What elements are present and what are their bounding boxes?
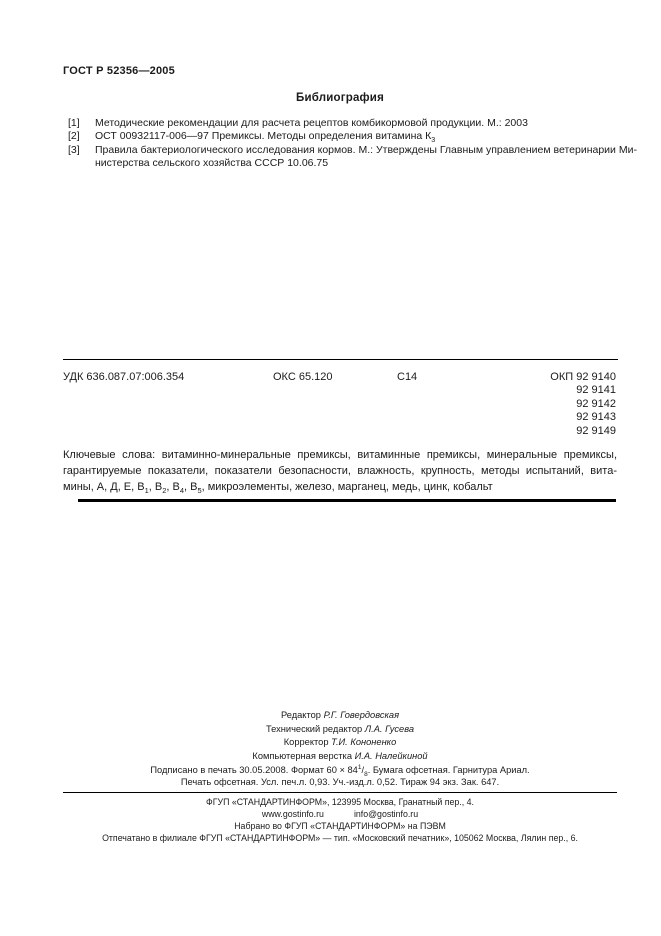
publisher-separator-rule (63, 792, 617, 793)
keywords-line-3: мины, А, Д, Е, В1, В2, В4, В5, микроэлем… (63, 480, 617, 496)
credit-role: Корректор (284, 737, 329, 747)
credit-line: Корректор Т.И. Кононенко (63, 736, 617, 750)
keywords-line-2: гарантируемые показатели, показатели без… (63, 464, 617, 480)
imprint-block: Подписано в печать 30.05.2008. Формат 60… (63, 764, 617, 789)
okp-code: 92 9141 (550, 384, 616, 397)
credit-line: Технический редактор Л.А. Гусева (63, 723, 617, 737)
credits-block: Редактор Р.Г. Говердовская Технический р… (63, 709, 617, 764)
category-code: С14 (397, 371, 417, 384)
publisher-printed: Отпечатано в филиале ФГУП «СТАНДАРТИНФОР… (63, 833, 617, 845)
ref-text: ОСТ 00932117-006—97 Премиксы. Методы опр… (95, 130, 618, 143)
okp-codes-block: ОКП 92 9140 92 9141 92 9142 92 9143 92 9… (550, 371, 616, 438)
credit-line: Редактор Р.Г. Говердовская (63, 709, 617, 723)
keywords-paragraph: Ключевые слова: витаминно-минеральные пр… (63, 448, 617, 495)
credit-line: Компьютерная верстка И.А. Налейкиной (63, 750, 617, 764)
bibliography-item-3: [3] Правила бактериологического исследов… (68, 144, 618, 171)
classification-separator-rule (63, 359, 618, 360)
bibliography-item-2: [2] ОСТ 00932117-006—97 Премиксы. Методы… (68, 130, 618, 143)
ref-number: [1] (68, 117, 95, 130)
publisher-contacts: www.gostinfo.ruinfo@gostinfo.ru (63, 809, 617, 821)
doc-number: ГОСТ Р 52356—2005 (63, 65, 175, 77)
bibliography-item-1: [1] Методические рекомендации для расчет… (68, 117, 618, 130)
ref-number: [3] (68, 144, 95, 171)
udk-code: УДК 636.087.07:006.354 (63, 371, 184, 384)
publisher-block: ФГУП «СТАНДАРТИНФОРМ», 123995 Москва, Гр… (63, 797, 617, 845)
publisher-typeset: Набрано во ФГУП «СТАНДАРТИНФОРМ» на ПЭВМ (63, 821, 617, 833)
ref-text: Методические рекомендации для расчета ре… (95, 117, 618, 130)
keywords-separator-rule (78, 499, 616, 502)
imprint-line-1: Подписано в печать 30.05.2008. Формат 60… (63, 764, 617, 776)
okp-code: 92 9140 (576, 371, 616, 383)
publisher-address: ФГУП «СТАНДАРТИНФОРМ», 123995 Москва, Гр… (63, 797, 617, 809)
imprint-line-2: Печать офсетная. Усл. печ.л. 0,93. Уч.-и… (63, 776, 617, 788)
document-page: ГОСТ Р 52356—2005 Библиография [1] Метод… (0, 0, 661, 936)
credit-name: И.А. Налейкиной (355, 751, 428, 761)
credit-name: Р.Г. Говердовская (324, 710, 399, 720)
keywords-line-1: Ключевые слова: витаминно-минеральные пр… (63, 448, 617, 464)
oks-code: ОКС 65.120 (273, 371, 333, 384)
okp-code: 92 9142 (550, 398, 616, 411)
ref-text: Правила бактериологического исследования… (95, 144, 637, 171)
credit-role: Компьютерная верстка (252, 751, 352, 761)
publisher-website: www.gostinfo.ru (262, 809, 324, 819)
section-title: Библиография (63, 92, 617, 104)
ref-number: [2] (68, 130, 95, 143)
bibliography-list: [1] Методические рекомендации для расчет… (68, 117, 618, 171)
credit-name: Т.И. Кононенко (331, 737, 396, 747)
okp-label: ОКП (550, 371, 573, 383)
okp-code: 92 9143 (550, 411, 616, 424)
okp-line-1: ОКП 92 9140 (550, 371, 616, 384)
publisher-email: info@gostinfo.ru (354, 809, 418, 819)
credit-name: Л.А. Гусева (365, 724, 414, 734)
credit-role: Редактор (281, 710, 321, 720)
credit-role: Технический редактор (266, 724, 362, 734)
okp-code: 92 9149 (550, 425, 616, 438)
